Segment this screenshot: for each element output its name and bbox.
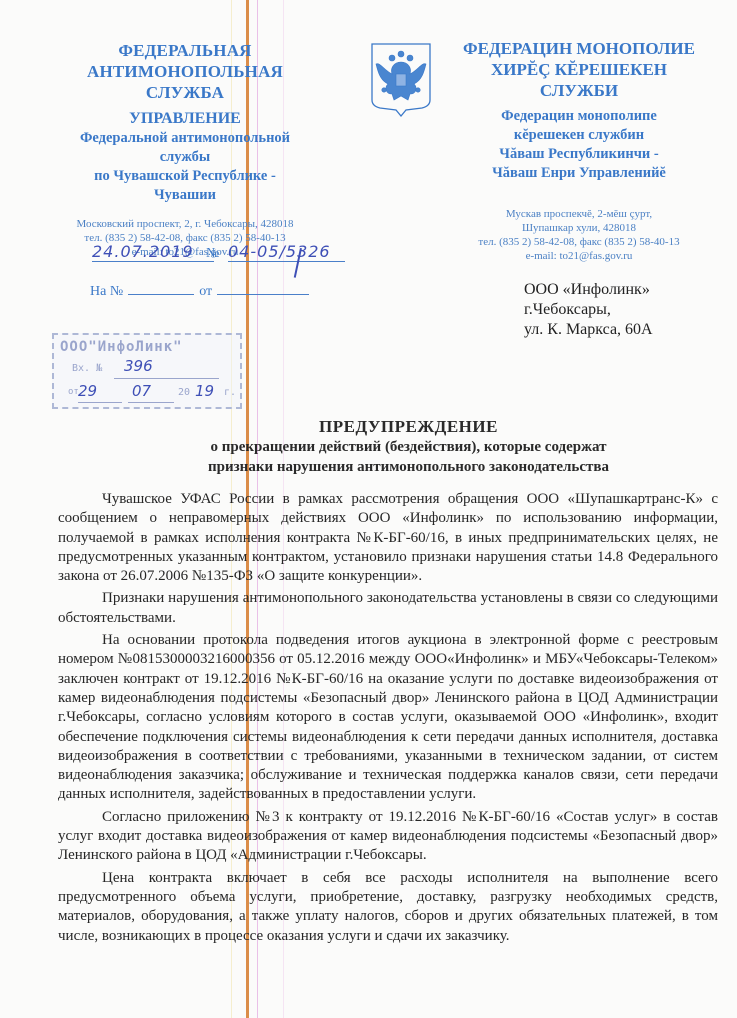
- phone-text: тел. (835 2) 58-42-08, факс (835 2) 58-4…: [450, 235, 708, 249]
- recipient-street: ул. К. Маркса, 60А: [524, 320, 653, 340]
- address-text: Шупашкар хули, 428018: [450, 221, 708, 235]
- stamp-year: 19: [195, 382, 214, 400]
- body-paragraph: Чувашское УФАС России в рамках рассмотре…: [58, 490, 718, 586]
- number-label: №: [206, 246, 219, 262]
- body-paragraph: Признаки нарушения антимонопольного зако…: [58, 589, 718, 628]
- stamp-line: [78, 402, 122, 403]
- recipient-name: ООО «Инфолинк»: [524, 280, 653, 300]
- email-text: e-mail: to21@fas.gov.ru: [450, 249, 708, 263]
- agency-name: АНТИМОНОПОЛЬНАЯ СЛУЖБА: [55, 61, 315, 103]
- russian-coat-of-arms-icon: [370, 42, 432, 117]
- stamp-year-prefix: 20: [178, 387, 190, 398]
- stamp-org: ООО"ИнфоЛинк": [60, 339, 183, 355]
- body-paragraph: Цена контракта включает в себя все расхо…: [58, 869, 718, 946]
- reply-number-label: На №: [90, 284, 123, 299]
- stamp-line: [128, 402, 174, 403]
- recipient-address: ООО «Инфолинк» г.Чебоксары, ул. К. Маркс…: [524, 280, 653, 340]
- outgoing-number: 04-05/5326: [228, 242, 345, 262]
- document-body: Чувашское УФАС России в рамках рассмотре…: [58, 490, 718, 946]
- reply-date-blank: [217, 282, 309, 295]
- agency-name-chuvash: ХИРĔÇ КĔРЕШЕКЕН СЛУЖБИ: [450, 59, 708, 101]
- document-title-block: ПРЕДУПРЕЖДЕНИЕ о прекращении действий (б…: [0, 416, 737, 477]
- agency-name-chuvash: ФЕДЕРАЦИН МОНОПОЛИЕ: [450, 38, 708, 59]
- letterhead-left: ФЕДЕРАЛЬНАЯ АНТИМОНОПОЛЬНАЯ СЛУЖБА УПРАВ…: [55, 40, 315, 259]
- agency-address-chuvash: Мускав проспекчĕ, 2-мĕш çурт, Шупашкар х…: [450, 207, 708, 263]
- agency-name: ФЕДЕРАЛЬНАЯ: [55, 40, 315, 61]
- body-paragraph: Согласно приложению №3 к контракту от 19…: [58, 808, 718, 866]
- reply-from-label: от: [199, 284, 212, 299]
- stamp-number: 396: [124, 357, 153, 375]
- document-title: ПРЕДУПРЕЖДЕНИЕ: [80, 416, 737, 437]
- department-name-chuvash: Чăваш Енри Управленийĕ: [450, 164, 708, 183]
- department-name-chuvash: Федерацин монополипе: [450, 107, 708, 126]
- outgoing-registration: 24.07.2019 № 04-05/5326: [88, 240, 348, 270]
- department-name-chuvash: Чăваш Республикинчи -: [450, 145, 708, 164]
- incoming-stamp: ООО"ИнфоЛинк" Вх. № 396 от 29 07 20 19 г…: [52, 333, 242, 409]
- address-text: Мускав проспекчĕ, 2-мĕш çурт,: [450, 207, 708, 221]
- body-paragraph: На основании протокола подведения итогов…: [58, 631, 718, 805]
- letterhead-right: ФЕДЕРАЦИН МОНОПОЛИЕ ХИРĔÇ КĔРЕШЕКЕН СЛУЖ…: [450, 38, 708, 263]
- stamp-line: [114, 378, 219, 379]
- stamp-month: 07: [132, 382, 151, 400]
- recipient-city: г.Чебоксары,: [524, 300, 653, 320]
- stamp-day: 29: [78, 382, 97, 400]
- document-subtitle: признаки нарушения антимонопольного зако…: [80, 457, 737, 477]
- reply-reference: На №от: [90, 282, 314, 300]
- stamp-number-label: Вх. №: [72, 363, 102, 374]
- department-name: службы: [55, 148, 315, 167]
- department-name: Чувашии: [55, 186, 315, 205]
- department-name-chuvash: кĕрешекен службин: [450, 126, 708, 145]
- department-title: УПРАВЛЕНИЕ: [55, 109, 315, 129]
- department-name: Федеральной антимонопольной: [55, 129, 315, 148]
- document-subtitle: о прекращении действий (бездействия), ко…: [80, 437, 737, 457]
- department-name: по Чувашской Республике -: [55, 167, 315, 186]
- outgoing-date: 24.07.2019: [92, 242, 214, 262]
- address-text: Московский проспект, 2, г. Чебоксары, 42…: [55, 217, 315, 231]
- reply-number-blank: [128, 282, 194, 295]
- stamp-year-unit: г.: [224, 387, 236, 398]
